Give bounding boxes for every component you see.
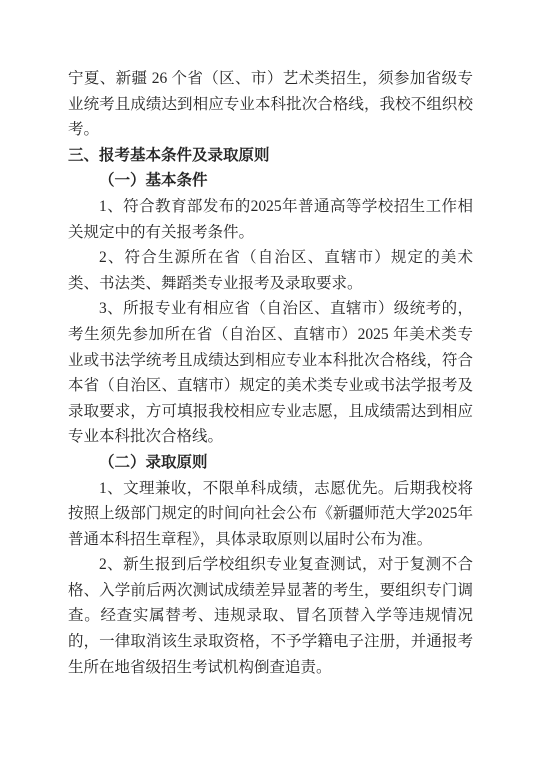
paragraph-principle-1: 1、文理兼收，不限单科成绩，志愿优先。后期我校将按照上级部门规定的时间向社会公布… (68, 476, 473, 553)
subsection-heading-admission-principles: （二）录取原则 (68, 450, 473, 476)
document-page: 宁夏、新疆 26 个省（区、市）艺术类招生，须参加省级专业统考且成绩达到相应专业… (0, 0, 540, 764)
paragraph-condition-2: 2、符合生源所在省（自治区、直辖市）规定的美术类、书法类、舞蹈类专业报考及录取要… (68, 245, 473, 296)
subsection-heading-basic-conditions: （一）基本条件 (68, 168, 473, 194)
paragraph-continuation: 宁夏、新疆 26 个省（区、市）艺术类招生，须参加省级专业统考且成绩达到相应专业… (68, 66, 473, 143)
document-text-block: 宁夏、新疆 26 个省（区、市）艺术类招生，须参加省级专业统考且成绩达到相应专业… (68, 66, 473, 680)
section-heading-basic-conditions-and-admission-principles: 三、报考基本条件及录取原则 (68, 143, 473, 169)
paragraph-principle-2: 2、新生报到后学校组织专业复查测试，对于复测不合格、入学前后两次测试成绩差异显著… (68, 552, 473, 680)
paragraph-condition-3: 3、所报专业有相应省（自治区、直辖市）级统考的，考生须先参加所在省（自治区、直辖… (68, 296, 473, 450)
paragraph-condition-1: 1、符合教育部发布的2025年普通高等学校招生工作相关规定中的有关报考条件。 (68, 194, 473, 245)
